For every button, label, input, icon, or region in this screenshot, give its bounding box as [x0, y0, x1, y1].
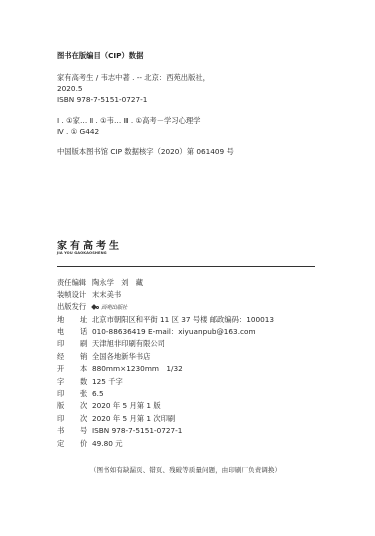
- info-row-price: 定价49.80 元: [57, 439, 123, 449]
- info-row-edition: 版次2020 年 5 月第 1 版: [57, 401, 161, 411]
- info-row-publisher: 出版发行西苑出版社: [57, 302, 127, 312]
- book-pinyin: JIA YOU GAOKAOSHENG: [57, 251, 107, 255]
- copyright-page: 图书在版编目（CIP）数据 家有高考生 / 韦志中著 . -- 北京：西苑出版社…: [0, 0, 375, 536]
- info-label-a: 字: [57, 377, 80, 387]
- title-divider: [57, 266, 315, 267]
- book-title: 家有高考生: [57, 237, 122, 252]
- info-value: 陶永学 刘 藏: [92, 278, 143, 288]
- info-label-b: 数: [80, 377, 87, 386]
- info-label-a: 定: [57, 439, 80, 449]
- info-value: 北京市朝阳区和平街 11 区 37 号楼 邮政编码：100013: [92, 315, 274, 325]
- info-label-b: 话: [80, 327, 87, 336]
- info-label-a: 印: [57, 414, 80, 424]
- info-label-b: 价: [80, 439, 87, 448]
- info-row-editor: 责任编辑陶永学 刘 藏: [57, 278, 143, 288]
- cip-number: 中国版本图书馆 CIP 数据核字（2020）第 061409 号: [57, 147, 234, 157]
- publisher-logo-icon: [92, 305, 99, 310]
- cip-line-year: 2020.5: [57, 84, 83, 93]
- info-value: 天津旭非印刷有限公司: [92, 339, 165, 349]
- info-label-b: 次: [80, 401, 87, 410]
- info-label-a: 书: [57, 426, 80, 436]
- cip-classification-1: Ⅰ . ①家… Ⅱ . ①韦… Ⅲ . ①高考－学习心理学: [57, 116, 200, 126]
- info-value: 6.5: [92, 389, 104, 398]
- cip-line-author: 家有高考生 / 韦志中著 . -- 北京：西苑出版社，: [57, 73, 210, 83]
- info-label-b: 次: [80, 414, 87, 423]
- info-label-a: 经: [57, 352, 80, 362]
- info-value: 2020 年 5 月第 1 次印刷: [92, 414, 175, 424]
- cip-line-isbn: ISBN 978-7-5151-0727-1: [57, 95, 147, 104]
- info-value: 125 千字: [92, 377, 123, 387]
- publisher-logo-text: 西苑出版社: [101, 303, 127, 311]
- info-value: 49.80 元: [92, 439, 123, 449]
- cip-classification-2: Ⅳ . ① G442: [57, 127, 99, 136]
- info-row-phone: 电话010-88636419 E-mail：xiyuanpub@163.com: [57, 327, 256, 337]
- info-label-a: 开: [57, 364, 80, 374]
- info-label-a: 印: [57, 339, 80, 349]
- info-row-sheets: 印张6.5: [57, 389, 104, 399]
- info-value: ISBN 978-7-5151-0727-1: [92, 426, 182, 435]
- info-label-b: 号: [80, 426, 87, 435]
- info-row-design: 装帧设计末末美书: [57, 290, 121, 300]
- info-value: 010-88636419 E-mail：xiyuanpub@163.com: [92, 327, 256, 337]
- info-label-b: 址: [80, 315, 87, 324]
- info-value: 末末美书: [92, 290, 121, 300]
- info-label-b: 本: [80, 364, 87, 373]
- info-row-printing: 印次2020 年 5 月第 1 次印刷: [57, 414, 175, 424]
- info-label-a: 印: [57, 389, 80, 399]
- info-value: 2020 年 5 月第 1 版: [92, 401, 161, 411]
- info-row-printer: 印刷天津旭非印刷有限公司: [57, 339, 165, 349]
- info-row-isbn: 书号ISBN 978-7-5151-0727-1: [57, 426, 182, 436]
- info-label-b: 刷: [80, 339, 87, 348]
- info-value: 全国各地新华书店: [92, 352, 150, 362]
- info-label: 责任编辑: [57, 278, 92, 288]
- cip-heading: 图书在版编目（CIP）数据: [57, 51, 143, 61]
- info-row-word-count: 字数125 千字: [57, 377, 123, 387]
- info-row-distributor: 经销全国各地新华书店: [57, 352, 150, 362]
- quality-note: （图书如有缺漏页、错页、残破等质量问题，由印刷厂负责调换）: [90, 465, 281, 474]
- info-label-a: 版: [57, 401, 80, 411]
- info-label-b: 销: [80, 352, 87, 361]
- publisher-logo: 西苑出版社: [92, 303, 127, 311]
- info-row-address: 地址北京市朝阳区和平街 11 区 37 号楼 邮政编码：100013: [57, 315, 274, 325]
- info-label-a: 电: [57, 327, 80, 337]
- info-value: 880mm×1230mm 1/32: [92, 364, 183, 374]
- info-label-b: 张: [80, 389, 87, 398]
- info-label: 出版发行: [57, 302, 92, 312]
- info-label-a: 地: [57, 315, 80, 325]
- info-label: 装帧设计: [57, 290, 92, 300]
- info-row-format: 开本880mm×1230mm 1/32: [57, 364, 183, 374]
